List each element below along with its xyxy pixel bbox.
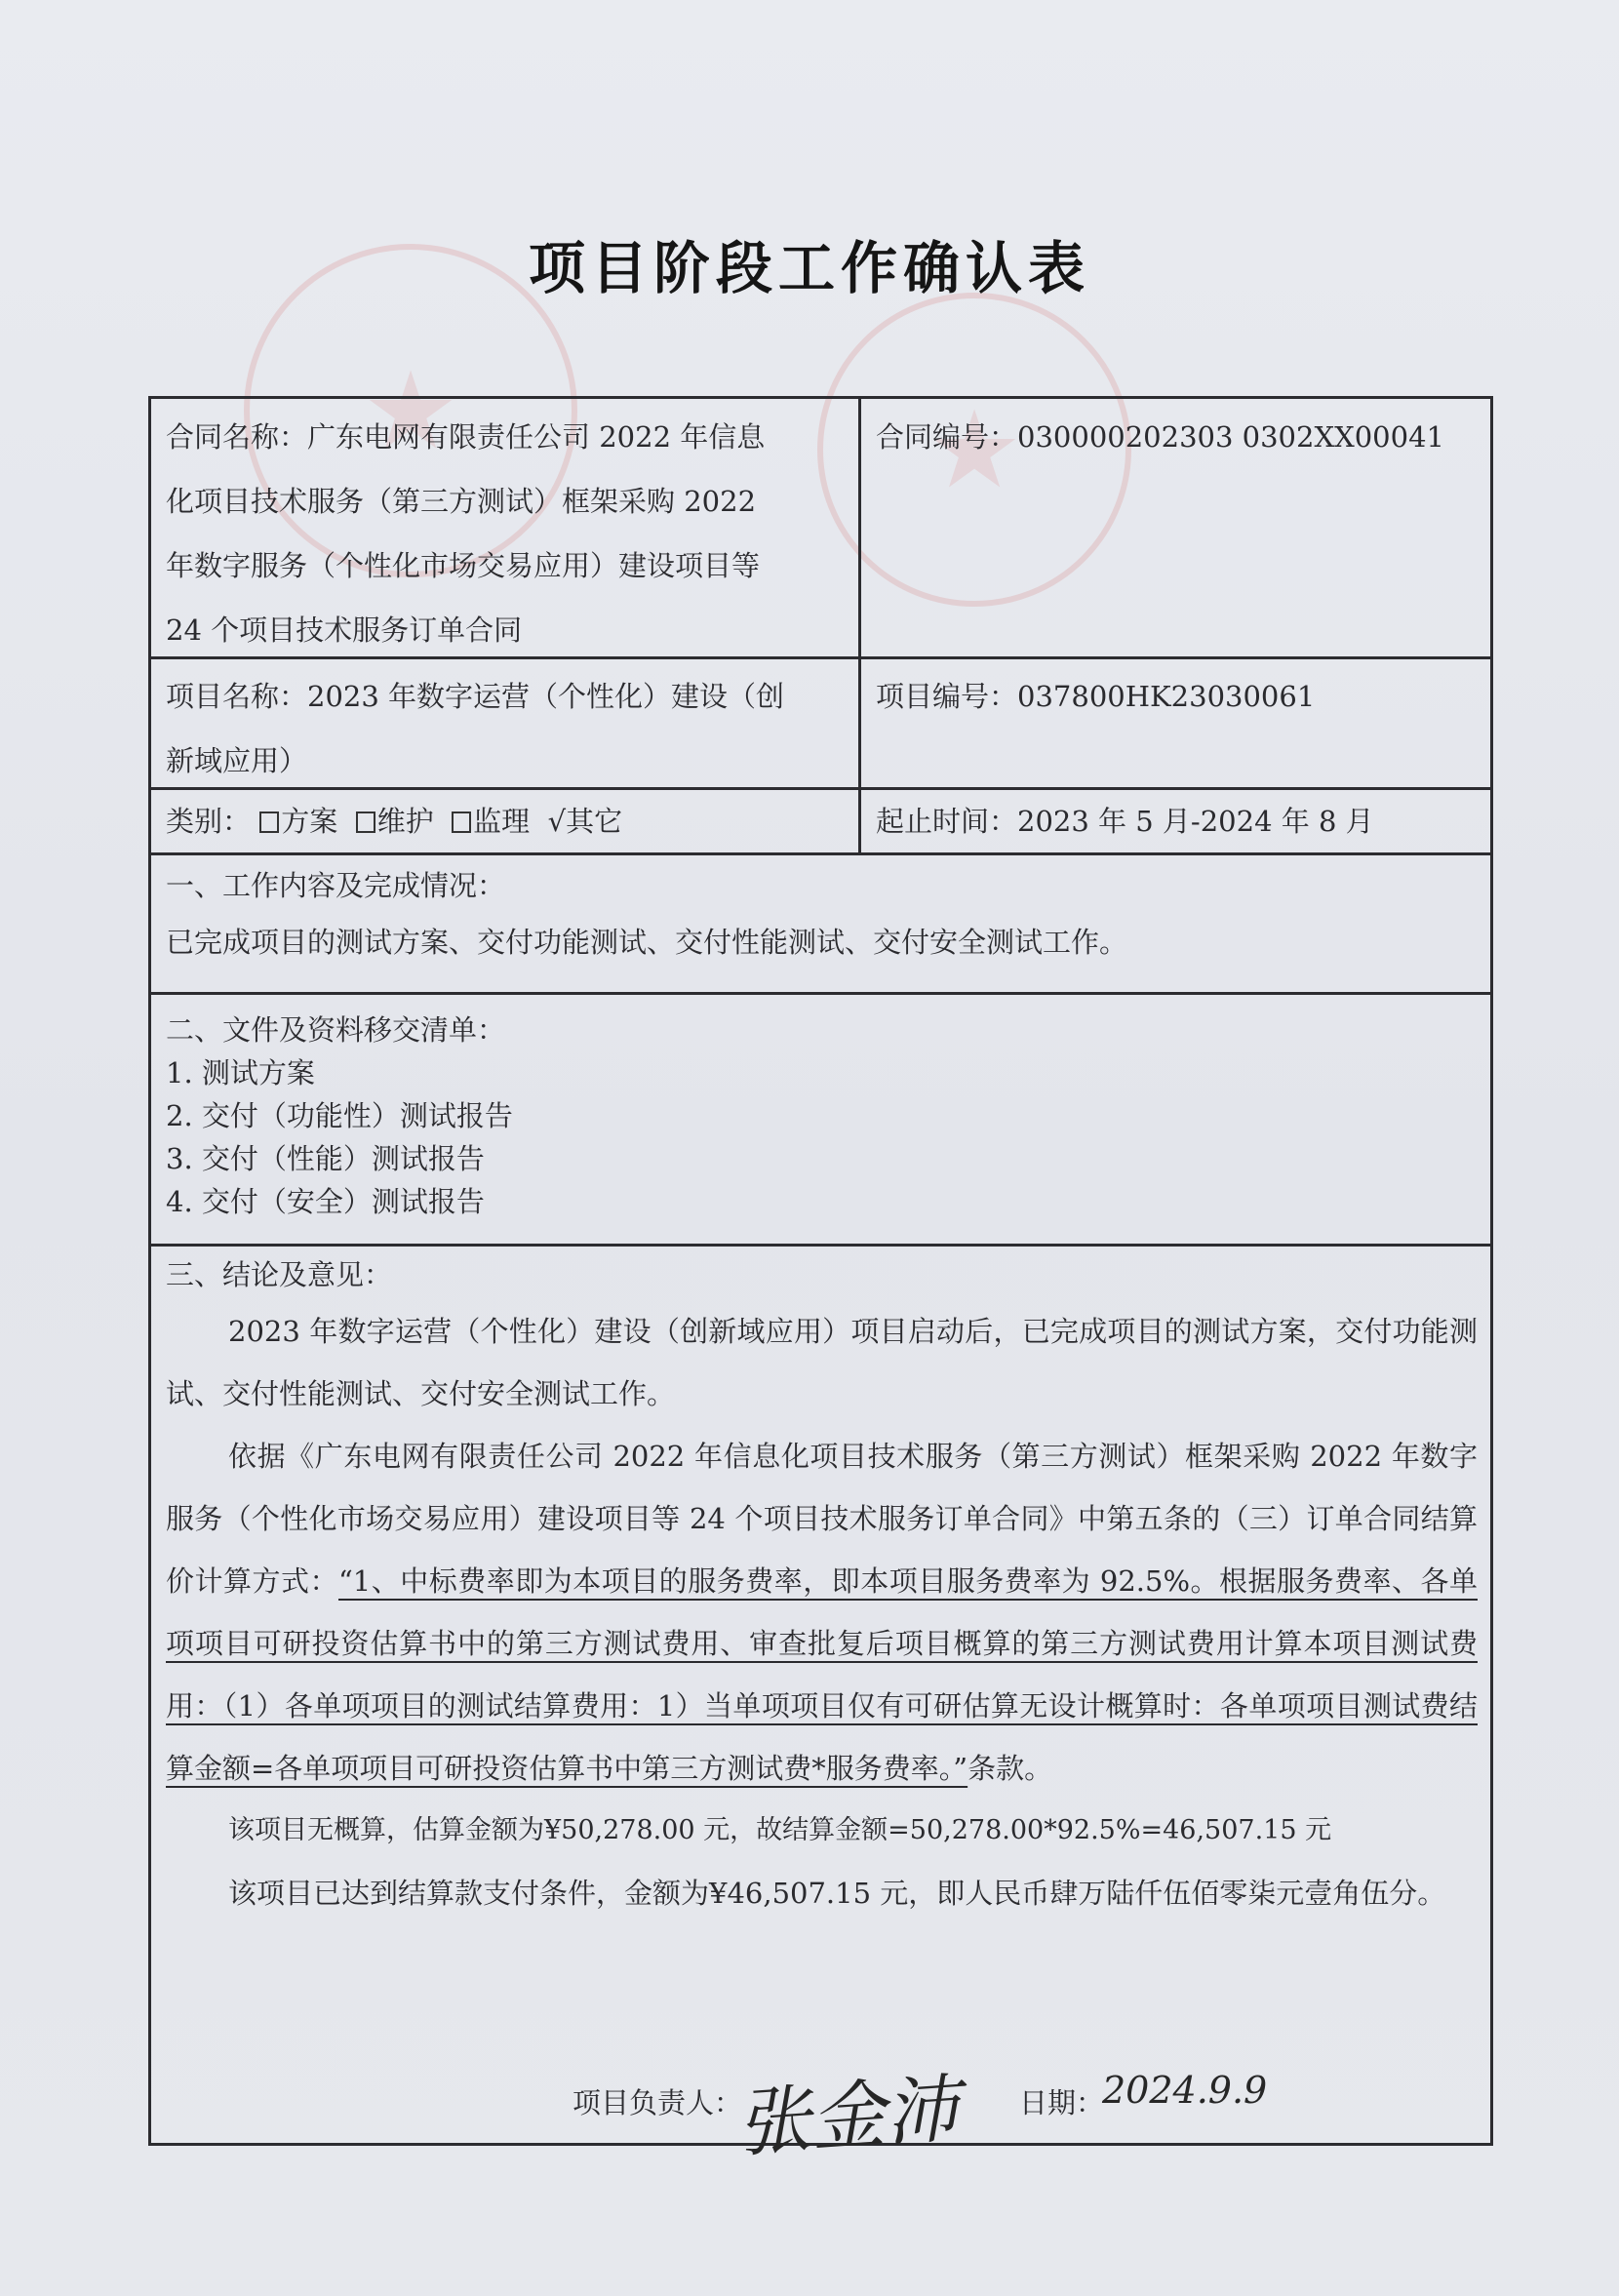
row-divider <box>151 1244 1490 1247</box>
project-number-cell: 项目编号：037800HK23030061 <box>876 664 1481 729</box>
period-value: 2023 年 5 月-2024 年 8 月 <box>1017 805 1374 838</box>
project-name-line: 2023 年数字运营（个性化）建设（创 <box>307 680 784 713</box>
sign-date: 2024.9.9 <box>1102 2069 1267 2112</box>
contract-number-value: 030000202303 0302XX00041 <box>1017 420 1444 454</box>
contract-name-line: 24 个项目技术服务订单合同 <box>166 598 849 662</box>
project-number-label: 项目编号： <box>876 680 1017 713</box>
row-divider <box>151 992 1490 995</box>
scanned-page: ★ ★ 项目阶段工作确认表 合同名称：广东电网有限责任公司 2022 年信息 化… <box>0 0 1619 2296</box>
manager-label: 项目负责人： <box>573 2081 742 2121</box>
checkmark-icon[interactable]: √ <box>548 805 566 838</box>
handover-item: 3. 交付（性能）测试报告 <box>166 1137 1473 1180</box>
contract-name-line: 年数字服务（个性化市场交易应用）建设项目等 <box>166 534 849 598</box>
project-name-line: 新域应用） <box>166 729 849 793</box>
category-option-plan[interactable]: 方案 <box>259 805 337 838</box>
project-name-cell: 项目名称：2023 年数字运营（个性化）建设（创 新域应用） <box>166 664 849 793</box>
period-cell: 起止时间：2023 年 5 月-2024 年 8 月 <box>876 789 1481 853</box>
column-divider <box>858 399 861 852</box>
category-option-other[interactable]: √其它 <box>548 805 623 838</box>
contract-name-label: 合同名称： <box>166 420 307 454</box>
project-name-label: 项目名称： <box>166 680 307 713</box>
handover-item: 4. 交付（安全）测试报告 <box>166 1180 1473 1223</box>
section-heading: 三、结论及意见： <box>166 1249 1478 1300</box>
checkbox-unchecked-icon[interactable] <box>452 812 471 833</box>
section-heading: 二、文件及资料移交清单： <box>166 1009 1473 1051</box>
section-work-content: 一、工作内容及完成情况： 已完成项目的测试方案、交付功能测试、交付性能测试、交付… <box>166 857 1473 970</box>
section-handover-list: 二、文件及资料移交清单： 1. 测试方案 2. 交付（功能性）测试报告 3. 交… <box>166 1009 1473 1223</box>
contract-name-cell: 合同名称：广东电网有限责任公司 2022 年信息 化项目技术服务（第三方测试）框… <box>166 405 849 662</box>
conclusion-paragraph: 依据《广东电网有限责任公司 2022 年信息化项目技术服务（第三方测试）框架采购… <box>166 1425 1478 1800</box>
checkbox-unchecked-icon[interactable] <box>259 812 279 833</box>
category-option-supervision[interactable]: 监理 <box>452 805 530 838</box>
date-label: 日期： <box>1019 2081 1104 2121</box>
contract-name-line: 化项目技术服务（第三方测试）框架采购 2022 <box>166 469 849 534</box>
handover-item: 2. 交付（功能性）测试报告 <box>166 1094 1473 1137</box>
contract-name-line: 广东电网有限责任公司 2022 年信息 <box>307 420 765 454</box>
project-number-value: 037800HK23030061 <box>1017 680 1315 713</box>
quoted-contract-clause: “1、中标费率即为本项目的服务费率，即本项目服务费率为 92.5%。根据服务费率… <box>166 1564 1478 1785</box>
checkbox-unchecked-icon[interactable] <box>356 812 375 833</box>
page-title: 项目阶段工作确认表 <box>0 222 1619 304</box>
contract-number-cell: 合同编号：030000202303 0302XX00041 <box>876 405 1481 469</box>
period-label: 起止时间： <box>876 805 1017 838</box>
conclusion-paragraph: 2023 年数字运营（个性化）建设（创新域应用）项目启动后，已完成项目的测试方案… <box>166 1300 1478 1425</box>
settlement-amount: 该项目已达到结算款支付条件，金额为¥46,507.15 元，即人民币肆万陆仟伍佰… <box>166 1862 1478 1924</box>
section-conclusion: 三、结论及意见： 2023 年数字运营（个性化）建设（创新域应用）项目启动后，已… <box>166 1249 1478 1924</box>
handover-item: 1. 测试方案 <box>166 1051 1473 1094</box>
section-body: 已完成项目的测试方案、交付功能测试、交付性能测试、交付安全测试工作。 <box>166 914 1473 970</box>
manager-signature: 张金沛 <box>732 2049 962 2171</box>
confirmation-table: 合同名称：广东电网有限责任公司 2022 年信息 化项目技术服务（第三方测试）框… <box>148 396 1493 2146</box>
contract-number-label: 合同编号： <box>876 420 1017 454</box>
section-heading: 一、工作内容及完成情况： <box>166 857 1473 914</box>
settlement-calculation: 该项目无概算，估算金额为¥50,278.00 元，故结算金额=50,278.00… <box>166 1800 1478 1862</box>
category-option-maintenance[interactable]: 维护 <box>356 805 434 838</box>
category-label: 类别： <box>166 805 251 838</box>
category-cell: 类别： 方案 维护 监理 √其它 <box>166 789 849 853</box>
